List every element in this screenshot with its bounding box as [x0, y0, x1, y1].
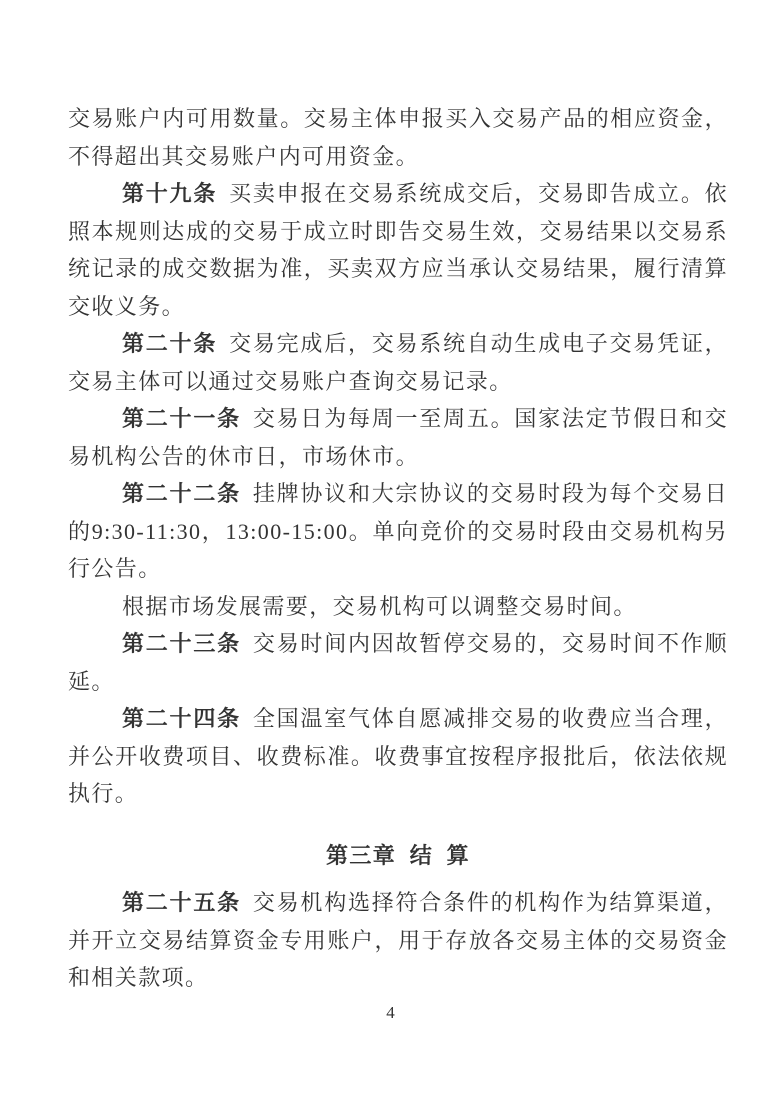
article-number: 第十九条	[122, 181, 217, 206]
paragraph-article-24: 第二十四条全国温室气体自愿减排交易的收费应当合理，并公开收费项目、收费标准。收费…	[68, 700, 728, 813]
article-number: 第二十一条	[122, 406, 241, 431]
paragraph-market-adjustment: 根据市场发展需要，交易机构可以调整交易时间。	[68, 588, 728, 626]
document-page: 交易账户内可用数量。交易主体申报买入交易产品的相应资金，不得超出其交易账户内可用…	[0, 0, 781, 1106]
paragraph-article-21: 第二十一条交易日为每周一至周五。国家法定节假日和交易机构公告的休市日，市场休市。	[68, 400, 728, 475]
paragraph-article-20: 第二十条交易完成后，交易系统自动生成电子交易凭证，交易主体可以通过交易账户查询交…	[68, 325, 728, 400]
paragraph-continuation: 交易账户内可用数量。交易主体申报买入交易产品的相应资金，不得超出其交易账户内可用…	[68, 100, 728, 175]
paragraph-article-23: 第二十三条交易时间内因故暂停交易的，交易时间不作顺延。	[68, 625, 728, 700]
article-number: 第二十四条	[122, 706, 241, 731]
chapter-heading: 第三章 结 算	[68, 837, 728, 875]
paragraph-article-22: 第二十二条挂牌协议和大宗协议的交易时段为每个交易日的9:30-11:30，13:…	[68, 475, 728, 588]
article-number: 第二十三条	[122, 631, 241, 656]
article-number: 第二十条	[122, 331, 217, 356]
paragraph-text: 交易账户内可用数量。交易主体申报买入交易产品的相应资金，不得超出其交易账户内可用…	[68, 106, 728, 169]
paragraph-article-19: 第十九条买卖申报在交易系统成交后，交易即告成立。依照本规则达成的交易于成立时即告…	[68, 175, 728, 325]
article-number: 第二十五条	[122, 890, 241, 915]
document-body: 交易账户内可用数量。交易主体申报买入交易产品的相应资金，不得超出其交易账户内可用…	[68, 100, 728, 997]
paragraph-article-25: 第二十五条交易机构选择符合条件的机构作为结算渠道，并开立交易结算资金专用账户，用…	[68, 884, 728, 997]
page-number: 4	[0, 1003, 781, 1023]
paragraph-text: 根据市场发展需要，交易机构可以调整交易时间。	[122, 594, 637, 619]
article-number: 第二十二条	[122, 481, 241, 506]
